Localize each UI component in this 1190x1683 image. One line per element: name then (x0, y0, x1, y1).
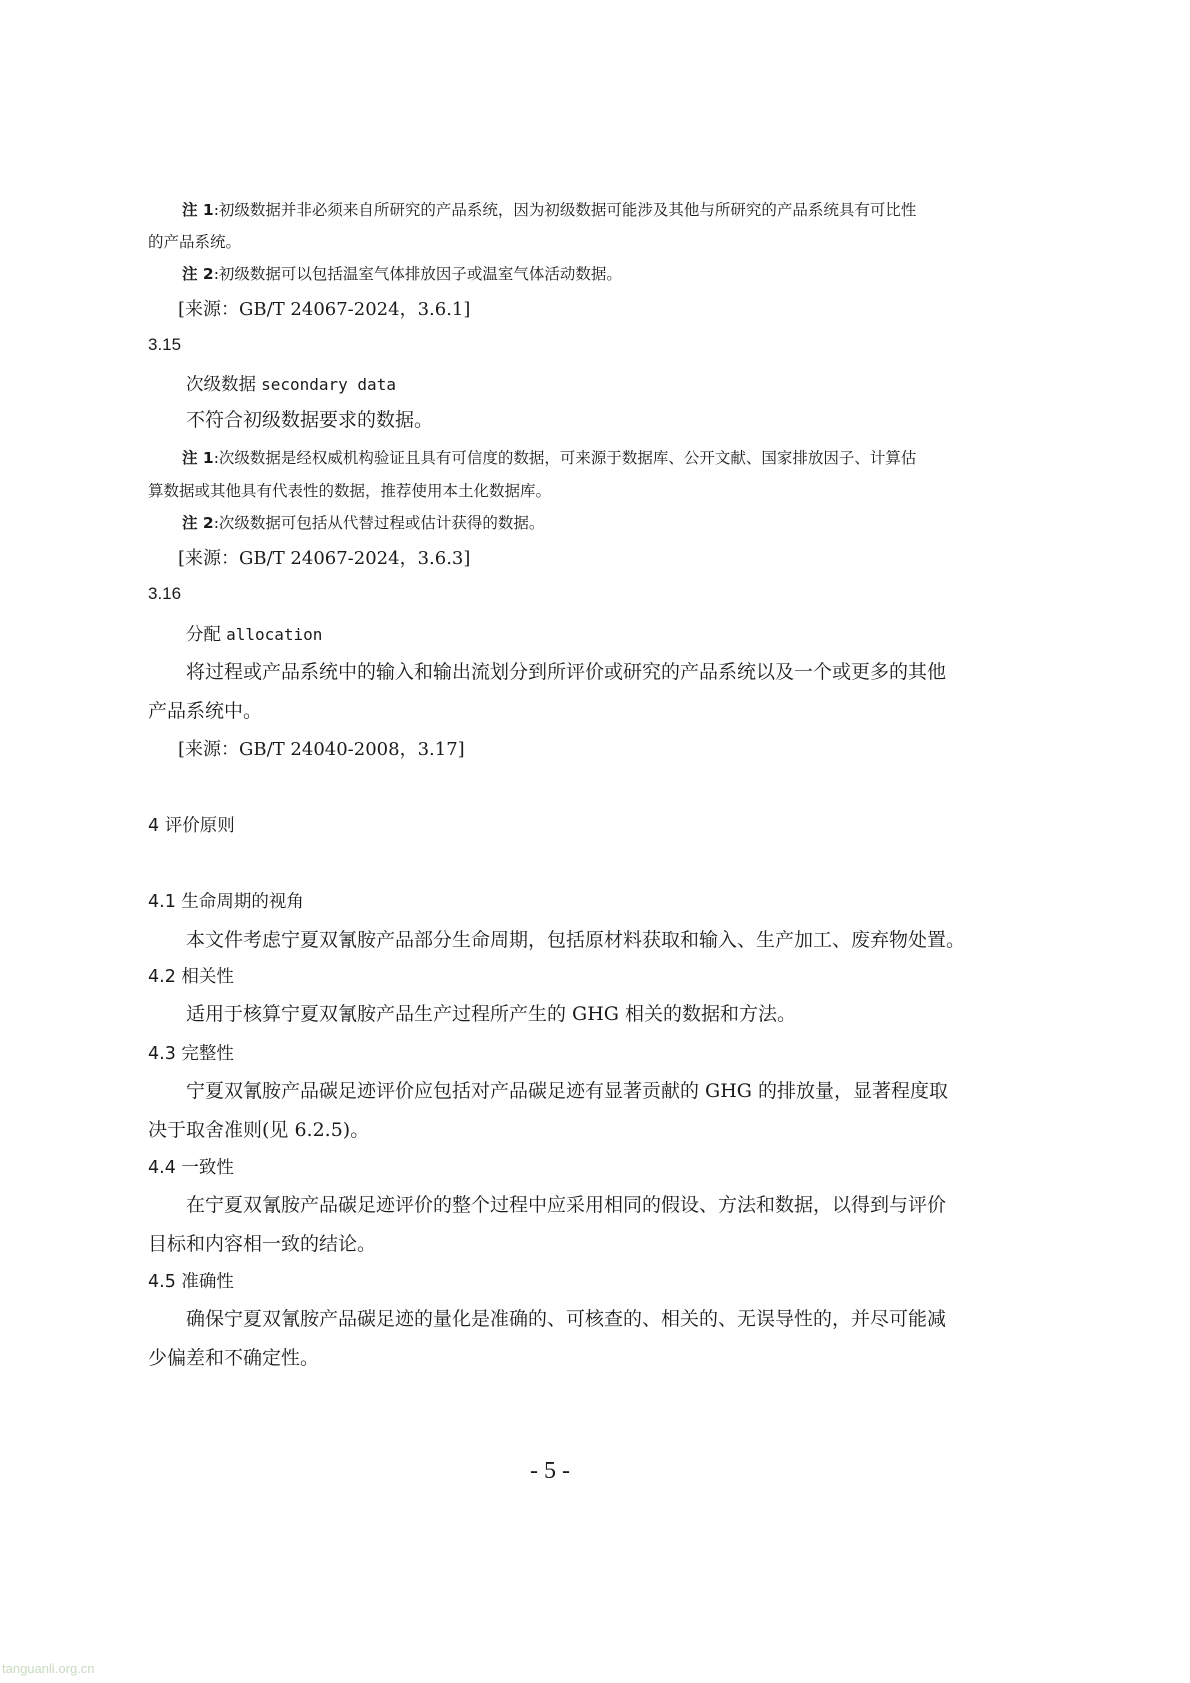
watermark: tanguanli.org.cn (2, 1661, 95, 1676)
definition-3-15: 不符合初级数据要求的数据。 (186, 405, 433, 432)
note-text: :初级数据可以包括温室气体排放因子或温室气体活动数据。 (214, 265, 622, 283)
term-3-16: 分配 allocation (186, 621, 322, 646)
term-zh: 分配 (186, 625, 221, 645)
note-label: 注 2 (182, 265, 214, 283)
section-4-4-body-line2: 目标和内容相一致的结论。 (148, 1229, 376, 1256)
note-text: :初级数据并非必须来自所研究的产品系统，因为初级数据可能涉及其他与所研究的产品系… (214, 201, 917, 219)
note-2-3-15: 注 2:次级数据可包括从代替过程或估计获得的数据。 (182, 511, 544, 533)
note-label: 注 1 (182, 449, 214, 467)
section-4-3-body-line1: 宁夏双氰胺产品碳足迹评价应包括对产品碳足迹有显著贡献的 GHG 的排放量，显著程… (186, 1076, 948, 1103)
term-en: allocation (226, 625, 322, 644)
section-4-5-body-line1: 确保宁夏双氰胺产品碳足迹的量化是准确的、可核查的、相关的、无误导性的，并尽可能减 (186, 1304, 946, 1331)
section-4-2-heading: 4.2 相关性 (148, 963, 234, 988)
note-text: :次级数据是经权威机构验证且具有可信度的数据，可来源于数据库、公开文献、国家排放… (214, 449, 917, 467)
note-2-3-14: 注 2:初级数据可以包括温室气体排放因子或温室气体活动数据。 (182, 262, 622, 284)
section-4-4-body-line1: 在宁夏双氰胺产品碳足迹评价的整个过程中应采用相同的假设、方法和数据，以得到与评价 (186, 1190, 946, 1217)
definition-3-16-line1: 将过程或产品系统中的输入和输出流划分到所评价或研究的产品系统以及一个或更多的其他 (186, 657, 946, 684)
term-zh: 次级数据 (186, 375, 256, 395)
section-4-1-body: 本文件考虑宁夏双氰胺产品部分生命周期，包括原材料获取和输入、生产加工、废弃物处置… (186, 925, 965, 952)
term-3-15: 次级数据 secondary data (186, 371, 396, 396)
section-4-5-body-line2: 少偏差和不确定性。 (148, 1343, 319, 1370)
section-4-5-heading: 4.5 准确性 (148, 1268, 234, 1293)
section-4-4-heading: 4.4 一致性 (148, 1154, 234, 1179)
note-label: 注 1 (182, 201, 214, 219)
note-1-3-14-cont: 的产品系统。 (148, 230, 241, 252)
chapter-4-title: 4 评价原则 (148, 812, 235, 837)
source-3-15: [来源：GB/T 24067-2024，3.6.3] (178, 544, 470, 570)
source-3-16: [来源：GB/T 24040-2008，3.17] (178, 735, 465, 761)
definition-3-16-line2: 产品系统中。 (148, 696, 262, 723)
note-1-3-14: 注 1:初级数据并非必须来自所研究的产品系统，因为初级数据可能涉及其他与所研究的… (182, 198, 916, 220)
source-3-14: [来源：GB/T 24067-2024，3.6.1] (178, 295, 470, 321)
note-label: 注 2 (182, 514, 214, 532)
note-1-3-15-cont: 算数据或其他具有代表性的数据，推荐使用本土化数据库。 (148, 479, 551, 501)
note-1-3-15: 注 1:次级数据是经权威机构验证且具有可信度的数据，可来源于数据库、公开文献、国… (182, 446, 916, 468)
clause-number-3-16: 3.16 (148, 584, 181, 604)
section-4-3-body-line2: 决于取舍准则(见 6.2.5)。 (148, 1115, 369, 1142)
term-en: secondary data (261, 375, 396, 394)
section-4-3-heading: 4.3 完整性 (148, 1040, 234, 1065)
clause-number-3-15: 3.15 (148, 335, 181, 355)
section-4-1-heading: 4.1 生命周期的视角 (148, 888, 304, 913)
note-text: :次级数据可包括从代替过程或估计获得的数据。 (214, 514, 545, 532)
page-number: - 5 - (510, 1458, 590, 1485)
section-4-2-body: 适用于核算宁夏双氰胺产品生产过程所产生的 GHG 相关的数据和方法。 (186, 999, 796, 1026)
